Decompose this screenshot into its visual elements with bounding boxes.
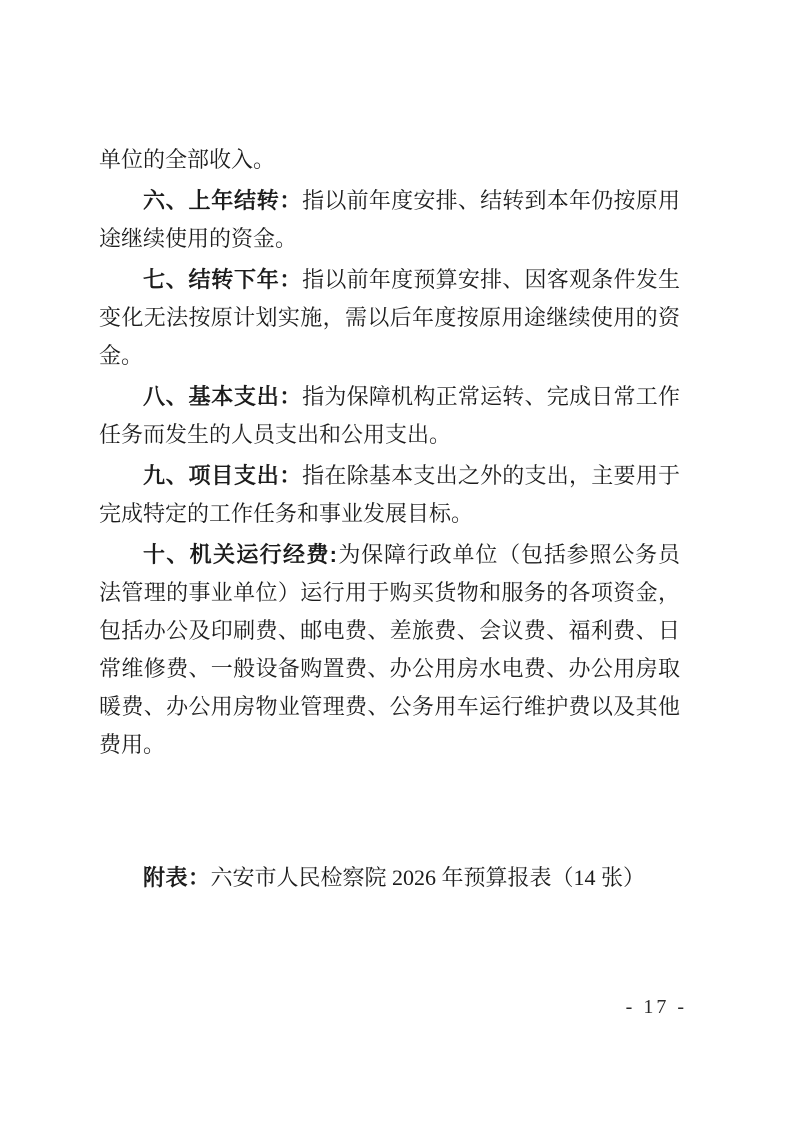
paragraph-lead: 九、项目支出： — [143, 463, 302, 488]
document-page: 单位的全部收入。 六、上年结转：指以前年度安排、结转到本年仍按原用途继续使用的资… — [0, 0, 793, 1122]
paragraph-lead: 十、机关运行经费: — [143, 542, 338, 567]
paragraph-item-7: 七、结转下年：指以前年度预算安排、因客观条件发生变化无法按原计划实施，需以后年度… — [99, 261, 680, 375]
attachment-line: 附表：六安市人民检察院 2026 年预算报表（14 张） — [99, 859, 680, 897]
paragraph-item-8: 八、基本支出：指为保障机构正常运转、完成日常工作任务而发生的人员支出和公用支出。 — [99, 378, 680, 454]
attachment-lead: 附表： — [143, 865, 211, 890]
paragraph-item-6: 六、上年结转：指以前年度安排、结转到本年仍按原用途继续使用的资金。 — [99, 182, 680, 258]
document-body: 单位的全部收入。 六、上年结转：指以前年度安排、结转到本年仍按原用途继续使用的资… — [99, 141, 680, 897]
paragraph-text: 单位的全部收入。 — [99, 147, 275, 172]
paragraph-item-10: 十、机关运行经费:为保障行政单位（包括参照公务员法管理的事业单位）运行用于购买货… — [99, 536, 680, 764]
page-number: - 17 - — [626, 996, 687, 1019]
paragraph-lead: 六、上年结转： — [143, 188, 302, 213]
paragraph-continuation: 单位的全部收入。 — [99, 141, 680, 179]
paragraph-lead: 八、基本支出： — [143, 384, 302, 409]
paragraph-text: 为保障行政单位（包括参照公务员法管理的事业单位）运行用于购买货物和服务的各项资金… — [99, 542, 680, 757]
paragraph-item-9: 九、项目支出：指在除基本支出之外的支出，主要用于完成特定的工作任务和事业发展目标… — [99, 457, 680, 533]
paragraph-lead: 七、结转下年： — [143, 267, 302, 292]
attachment-text: 六安市人民检察院 2026 年预算报表（14 张） — [211, 865, 646, 890]
